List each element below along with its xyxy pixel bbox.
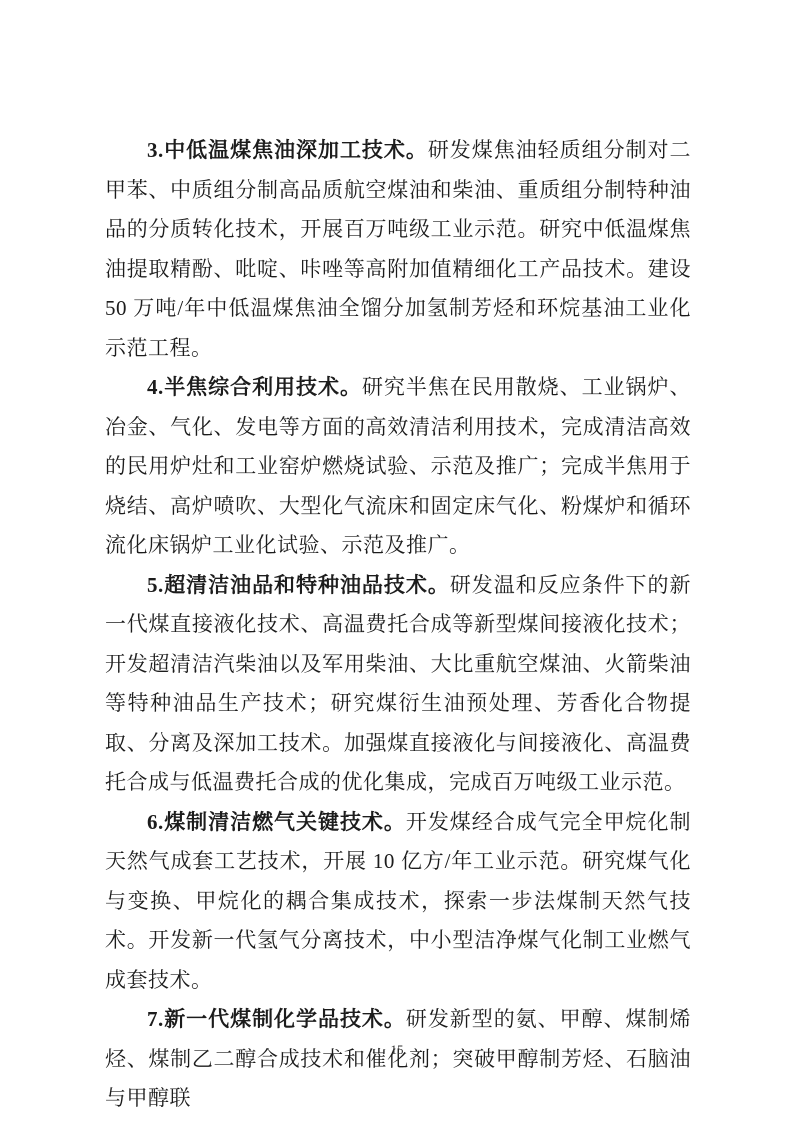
- paragraph-heading: 5.超清洁油品和特种油品技术。: [147, 573, 450, 597]
- paragraph: 3.中低温煤焦油深加工技术。研发煤焦油轻质组分制对二甲苯、中质组分制高品质航空煤…: [105, 131, 691, 368]
- paragraph: 4.半焦综合利用技术。研究半焦在民用散烧、工业锅炉、冶金、气化、发电等方面的高效…: [105, 368, 691, 566]
- paragraph-body: 研发煤焦油轻质组分制对二甲苯、中质组分制高品质航空煤油和柴油、重质组分制特种油品…: [105, 138, 691, 360]
- paragraph-heading: 4.半焦综合利用技术。: [147, 375, 362, 399]
- paragraph-body: 研发温和反应条件下的新一代煤直接液化技术、高温费托合成等新型煤间接液化技术；开发…: [105, 573, 691, 795]
- paragraph-heading: 6.煤制清洁燃气关键技术。: [147, 810, 406, 834]
- paragraph-body: 开发煤经合成气完全甲烷化制天然气成套工艺技术，开展 10 亿方/年工业示范。研究…: [105, 810, 691, 992]
- paragraph-heading: 7.新一代煤制化学品技术。: [147, 1007, 406, 1031]
- page-number: 15: [0, 1042, 794, 1058]
- paragraph: 7.新一代煤制化学品技术。研发新型的氨、甲醇、煤制烯烃、煤制乙二醇合成技术和催化…: [105, 1000, 691, 1119]
- paragraph-body: 研究半焦在民用散烧、工业锅炉、冶金、气化、发电等方面的高效清洁利用技术，完成清洁…: [105, 375, 691, 557]
- document-page: 3.中低温煤焦油深加工技术。研发煤焦油轻质组分制对二甲苯、中质组分制高品质航空煤…: [0, 0, 794, 1123]
- document-body: 3.中低温煤焦油深加工技术。研发煤焦油轻质组分制对二甲苯、中质组分制高品质航空煤…: [105, 131, 691, 1119]
- paragraph: 5.超清洁油品和特种油品技术。研发温和反应条件下的新一代煤直接液化技术、高温费托…: [105, 566, 691, 803]
- paragraph: 6.煤制清洁燃气关键技术。开发煤经合成气完全甲烷化制天然气成套工艺技术，开展 1…: [105, 803, 691, 1001]
- paragraph-heading: 3.中低温煤焦油深加工技术。: [147, 138, 428, 162]
